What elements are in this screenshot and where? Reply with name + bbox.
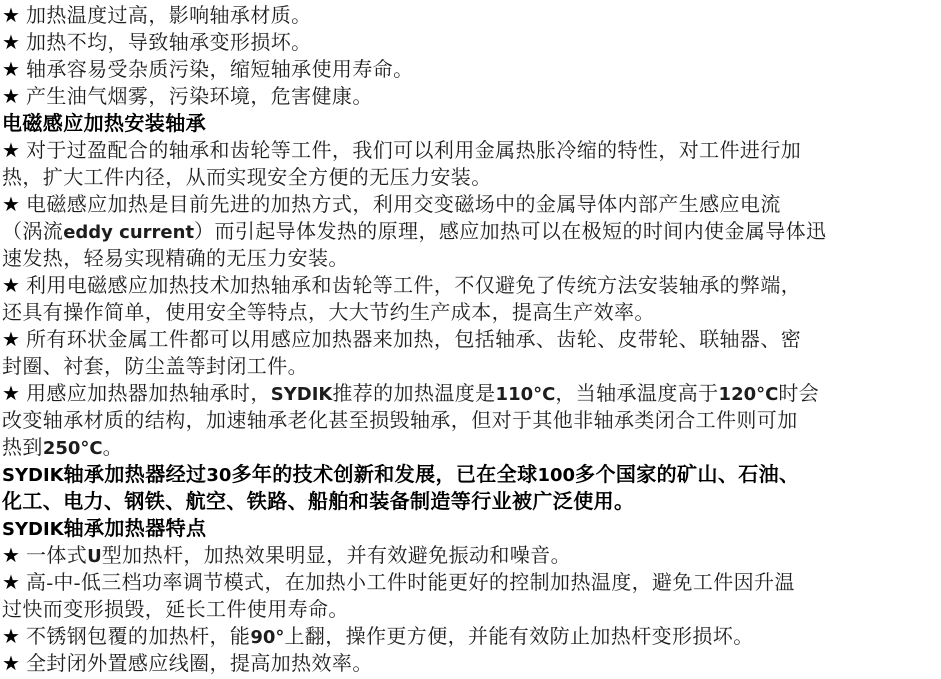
- latin-text: 100: [537, 465, 575, 486]
- document-body: ★加热温度过高，影响轴承材质。★加热不均，导致轴承变形损坏。★轴承容易受杂质污染…: [0, 0, 941, 679]
- bullet-line: ★利用电磁感应加热技术加热轴承和齿轮等工件，不仅避免了传统方法安装轴承的弊端，: [2, 273, 939, 300]
- star-bullet-icon: ★: [2, 570, 20, 597]
- bullet-line: ★所有环状金属工件都可以用感应加热器来加热，包括轴承、齿轮、皮带轮、联轴器、密: [2, 327, 939, 354]
- star-bullet-icon: ★: [2, 327, 20, 354]
- text-line: （涡流eddy current）而引起导体发热的原理，感应加热可以在极短的时间内…: [2, 219, 939, 246]
- star-bullet-icon: ★: [2, 30, 20, 57]
- bullet-line: ★不锈钢包覆的加热杆，能90°上翻，操作更方便，并能有效防止加热杆变形损坏。: [2, 624, 939, 651]
- text-line: 热，扩大工件内径，从而实现安全方便的无压力安装。: [2, 165, 939, 192]
- section-heading: SYDIK轴承加热器特点: [2, 516, 939, 543]
- text-line: 过快而变形损毁，延长工件使用寿命。: [2, 597, 939, 624]
- latin-text: 110°C: [496, 384, 556, 405]
- bullet-line: ★全封闭外置感应线圈，提高加热效率。: [2, 651, 939, 678]
- text-line: 还具有操作简单，使用安全等特点，大大节约生产成本，提高生产效率。: [2, 300, 939, 327]
- star-bullet-icon: ★: [2, 192, 20, 219]
- bullet-line: ★轴承容易受杂质污染，缩短轴承使用寿命。: [2, 57, 939, 84]
- star-bullet-icon: ★: [2, 3, 20, 30]
- bullet-line: ★电磁感应加热是目前先进的加热方式，利用交变磁场中的金属导体内部产生感应电流: [2, 192, 939, 219]
- text-line: 速发热，轻易实现精确的无压力安装。: [2, 246, 939, 273]
- star-bullet-icon: ★: [2, 138, 20, 165]
- latin-text: 90°: [250, 627, 284, 648]
- latin-text: U: [87, 546, 102, 567]
- text-line: 热到250°C。: [2, 435, 939, 462]
- latin-text: SYDIK: [2, 519, 64, 540]
- star-bullet-icon: ★: [2, 624, 20, 651]
- latin-text: 250°C: [43, 438, 103, 459]
- bullet-line: ★加热温度过高，影响轴承材质。: [2, 3, 939, 30]
- bullet-line: ★一体式U型加热杆，加热效果明显，并有效避免振动和噪音。: [2, 543, 939, 570]
- text-line: 改变轴承材质的结构，加速轴承老化甚至损毁轴承，但对于其他非轴承类闭合工件则可加: [2, 408, 939, 435]
- latin-text: SYDIK: [2, 465, 64, 486]
- latin-text: eddy current: [63, 222, 194, 243]
- latin-text: SYDIK: [271, 384, 333, 405]
- text-line: SYDIK轴承加热器经过30多年的技术创新和发展，已在全球100多个国家的矿山、…: [2, 462, 939, 489]
- latin-text: 120°C: [719, 384, 779, 405]
- text-line: 封圈、衬套，防尘盖等封闭工件。: [2, 354, 939, 381]
- bullet-line: ★用感应加热器加热轴承时，SYDIK推荐的加热温度是110°C，当轴承温度高于1…: [2, 381, 939, 408]
- text-line: 化工、电力、钢铁、航空、铁路、船舶和装备制造等行业被广泛使用。: [2, 489, 939, 516]
- bullet-line: ★加热不均，导致轴承变形损坏。: [2, 30, 939, 57]
- star-bullet-icon: ★: [2, 273, 20, 300]
- star-bullet-icon: ★: [2, 57, 20, 84]
- bullet-line: ★产生油气烟雾，污染环境，危害健康。: [2, 84, 939, 111]
- star-bullet-icon: ★: [2, 84, 20, 111]
- star-bullet-icon: ★: [2, 381, 20, 408]
- bullet-line: ★对于过盈配合的轴承和齿轮等工件，我们可以利用金属热胀冷缩的特性，对工件进行加: [2, 138, 939, 165]
- section-heading: 电磁感应加热安装轴承: [2, 111, 939, 138]
- star-bullet-icon: ★: [2, 543, 20, 570]
- latin-text: 30: [206, 465, 231, 486]
- bullet-line: ★高-中-低三档功率调节模式，在加热小工件时能更好的控制加热温度，避免工件因升温: [2, 570, 939, 597]
- star-bullet-icon: ★: [2, 651, 20, 678]
